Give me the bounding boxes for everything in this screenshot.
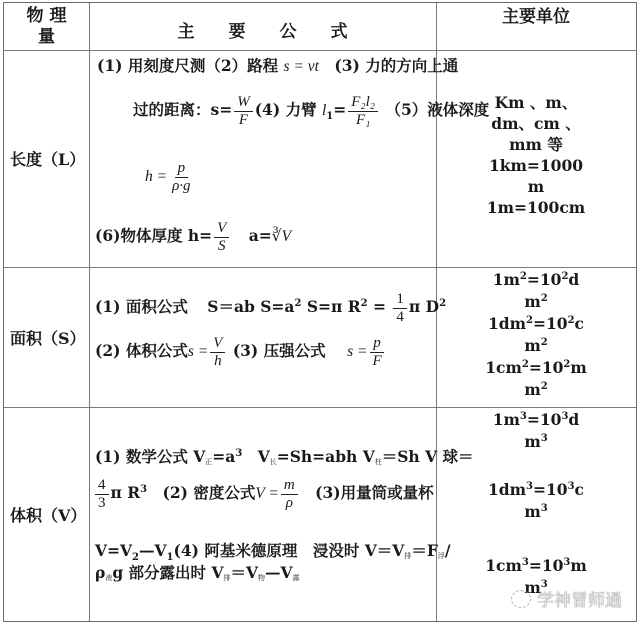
header-quantity: 物 理 量 bbox=[4, 3, 89, 50]
header-formula: 主 要 公 式 bbox=[89, 3, 436, 50]
unit-line: Km 、m、 bbox=[436, 92, 636, 114]
unit-line: mm 等 bbox=[436, 134, 636, 156]
fraction-p-over-f: pF bbox=[369, 335, 384, 370]
unit-line: 1cm2=102m bbox=[436, 357, 636, 379]
wechat-logo-icon bbox=[511, 590, 531, 608]
unit-line: m bbox=[436, 176, 636, 198]
volume-line1: (1) 数学公式 V正=a3 V长=Sh=abh V柱＝Sh V 球＝ bbox=[95, 447, 474, 472]
unit-line: m2 bbox=[436, 379, 636, 401]
quantity-area: 面积（S） bbox=[4, 267, 89, 407]
quantity-volume: 体积（V） bbox=[4, 407, 89, 621]
unit-line: 1km=1000 bbox=[436, 155, 636, 177]
fraction-w-over-f: WF bbox=[234, 94, 253, 129]
unit-line: 1dm2=102c bbox=[436, 313, 636, 335]
header-quantity-line1: 物 理 bbox=[4, 6, 89, 27]
unit-line: m2 bbox=[436, 291, 636, 313]
watermark-text: 学神冒师通 bbox=[537, 586, 622, 611]
volume-line4: ρ液g 部分露出时 V排＝V物—V露 bbox=[95, 563, 300, 588]
unit-line: 1dm3=103c bbox=[436, 479, 636, 501]
fraction-v-over-s: VS bbox=[214, 220, 229, 255]
fraction-liquid-depth: pρ·g bbox=[169, 160, 193, 195]
units-area: 1m2=102d m2 1dm2=102c m2 1cm2=102m m2 bbox=[436, 267, 636, 407]
area-line1: (1) 面积公式 S＝ab S=a2 S=π R2 = 14π D2 bbox=[95, 289, 446, 326]
formula-volume: (1) 数学公式 V正=a3 V长=Sh=abh V柱＝Sh V 球＝ 43π … bbox=[89, 407, 436, 621]
header-quantity-line2: 量 bbox=[4, 27, 89, 48]
fraction-v-over-h: Vh bbox=[210, 335, 225, 370]
formula-length: (1) 用刻度尺测（2）路程 s = vt (3) 力的方向上通 过的距离：s=… bbox=[89, 50, 436, 267]
fraction-lever-arm: F₂l₂F₁ bbox=[348, 94, 378, 129]
formula-area: (1) 面积公式 S＝ab S=a2 S=π R2 = 14π D2 (2) 体… bbox=[89, 267, 436, 407]
unit-line: m2 bbox=[436, 335, 636, 357]
unit-line: 1m=100cm bbox=[436, 197, 636, 219]
fraction-four-thirds: 43 bbox=[95, 477, 109, 512]
length-line3: h =pρ·g bbox=[145, 158, 196, 195]
area-line2: (2) 体积公式s =Vh (3) 压强公式 s =pF bbox=[95, 333, 387, 370]
units-length: Km 、m、 dm、cm 、 mm 等 1km=1000 m 1m=100cm bbox=[436, 50, 636, 267]
unit-line: m3 bbox=[436, 501, 636, 523]
length-line4: (6)物体厚度 h=VS a=∛V bbox=[95, 218, 291, 255]
quantity-length: 长度（L） bbox=[4, 50, 89, 267]
watermark: 学神冒师通 bbox=[511, 586, 622, 611]
unit-line: 1m3=103d bbox=[436, 409, 636, 431]
fraction-one-quarter: 14 bbox=[393, 291, 407, 326]
header-unit: 主要单位 bbox=[436, 3, 636, 50]
unit-line: dm、cm 、 bbox=[436, 113, 636, 135]
length-line1: (1) 用刻度尺测（2）路程 s = vt (3) 力的方向上通 bbox=[97, 56, 458, 77]
unit-line: 1m2=102d bbox=[436, 269, 636, 291]
unit-line: m3 bbox=[436, 431, 636, 453]
volume-line2: 43π R3 (2) 密度公式V =mρ (3)用量筒或量杯 bbox=[93, 475, 434, 512]
physics-formula-table: 物 理 量 主 要 公 式 主要单位 长度（L） (1) 用刻度尺测（2）路程 … bbox=[3, 2, 637, 622]
fraction-m-over-rho: mρ bbox=[281, 477, 298, 512]
unit-line: 1cm3=103m bbox=[436, 555, 636, 577]
